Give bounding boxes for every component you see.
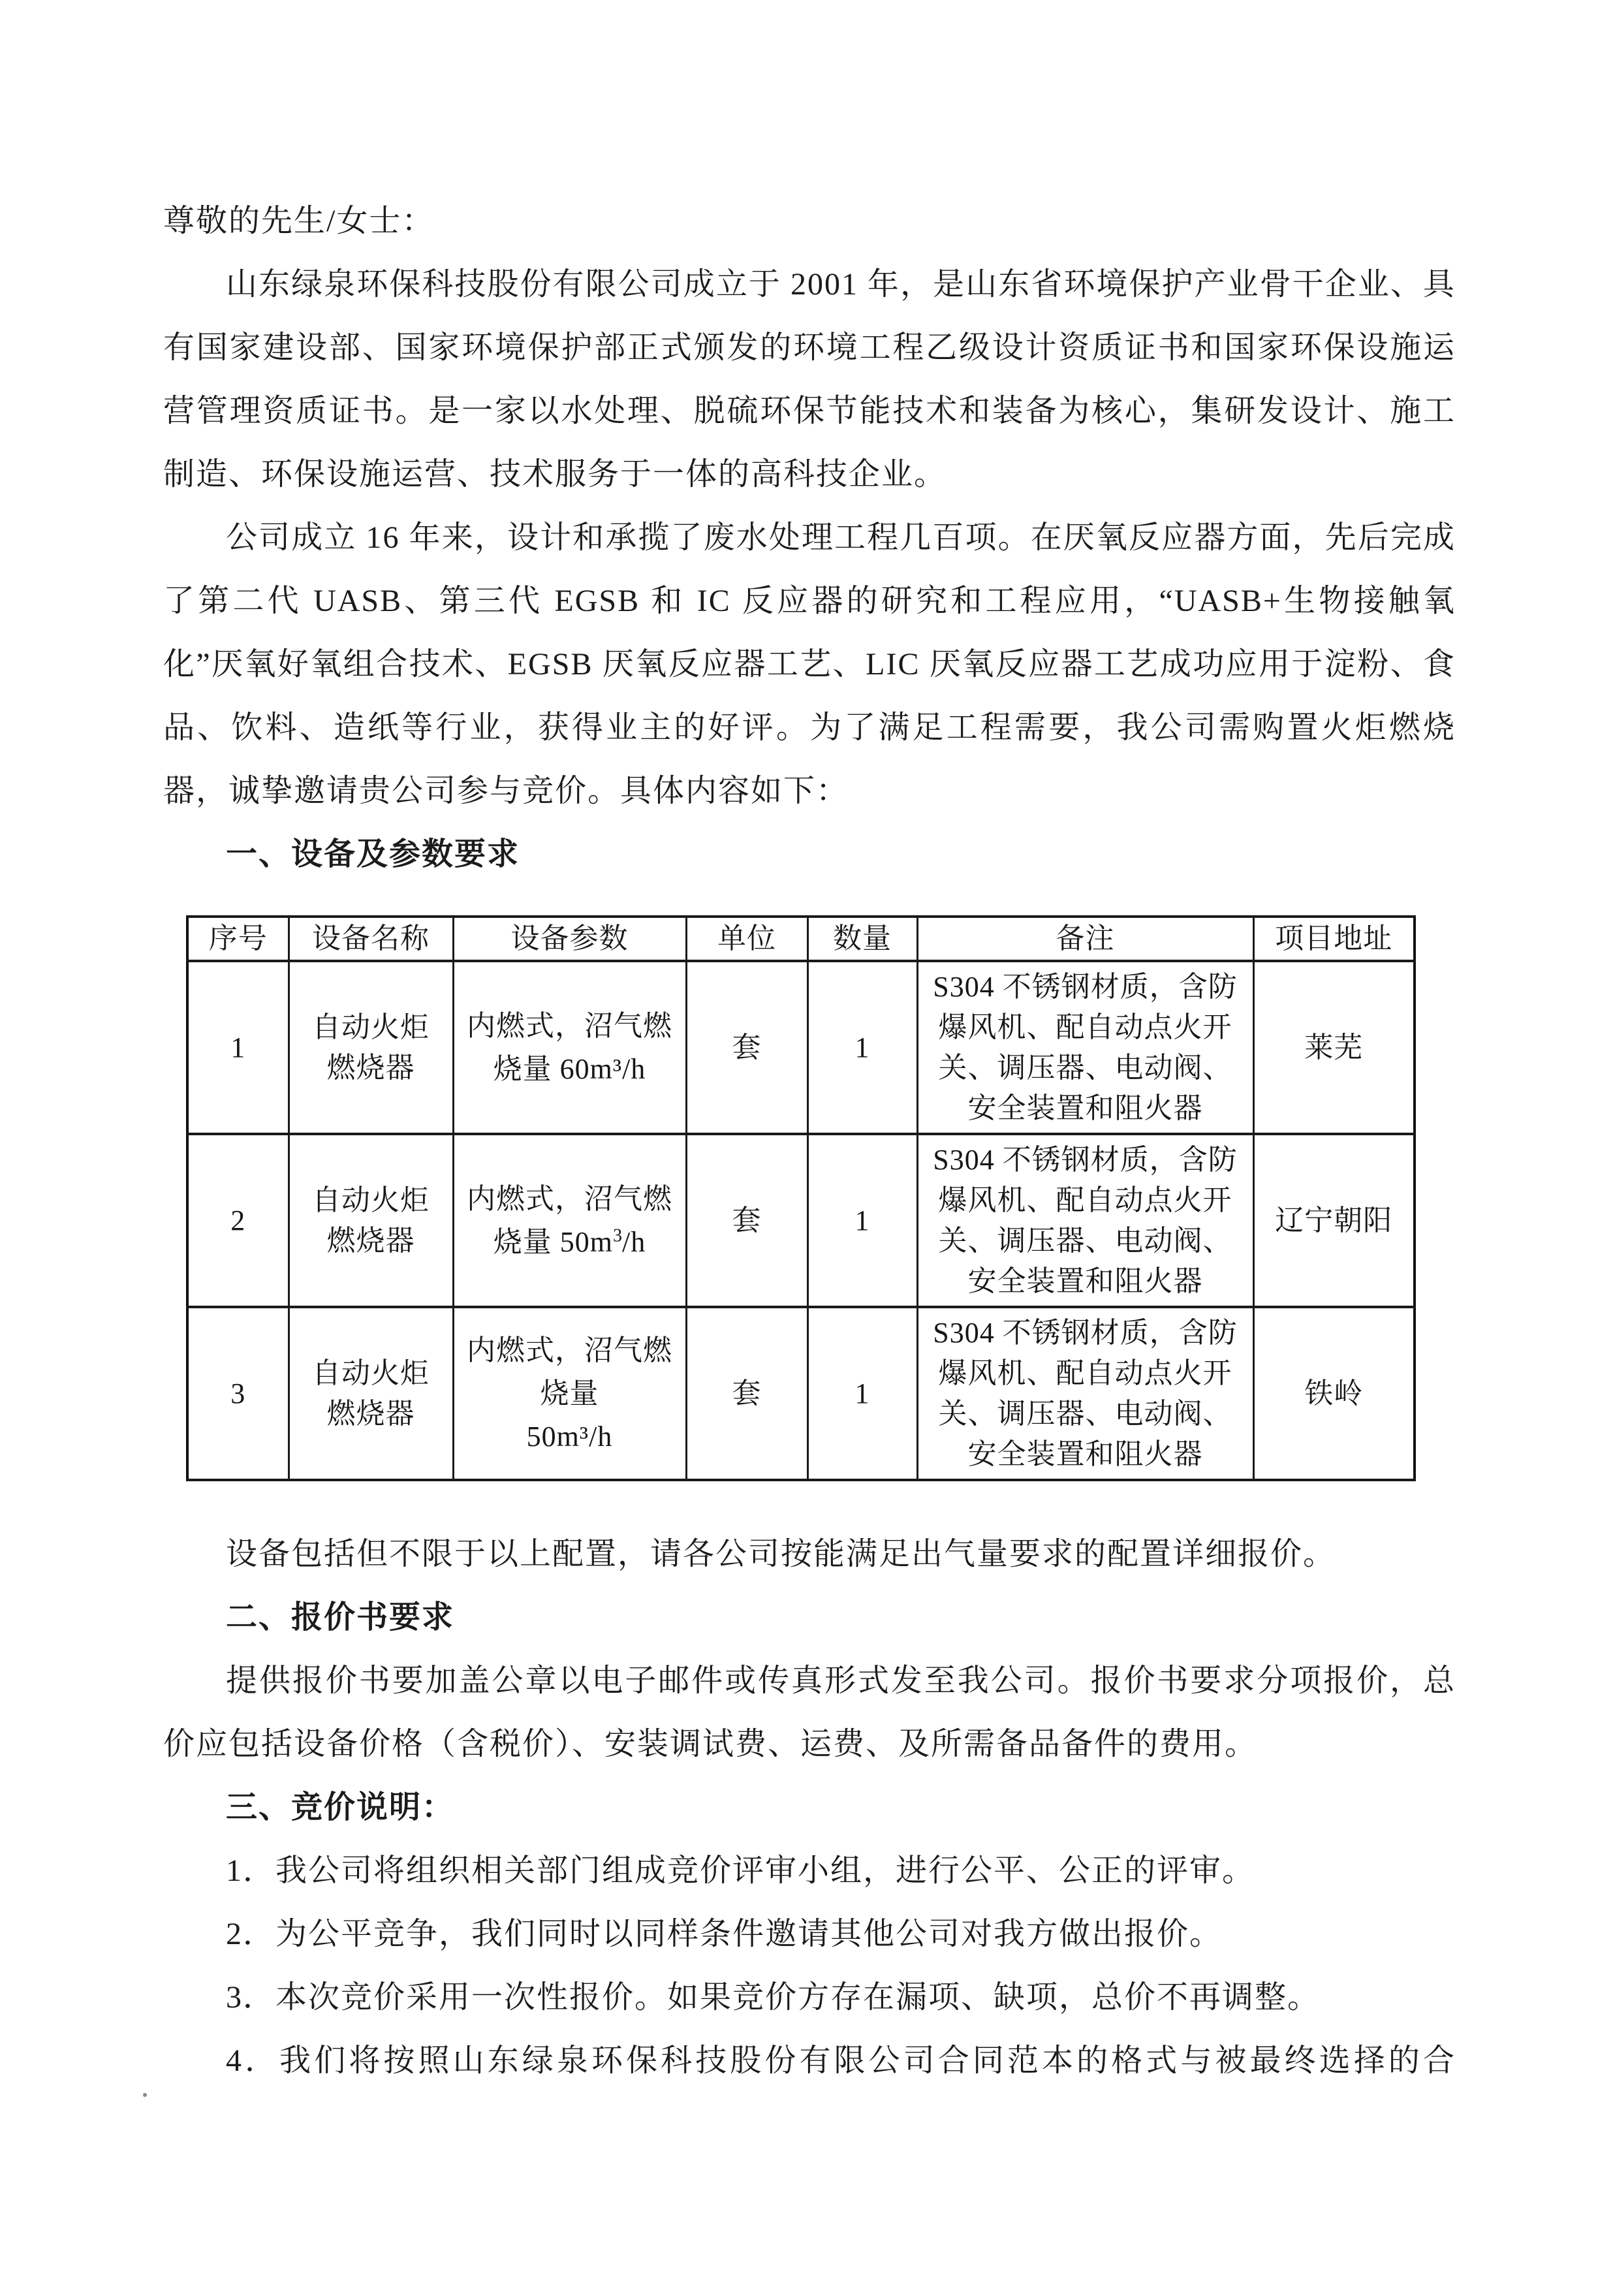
table-row: 1 自动火炬 燃烧器 内燃式，沼气燃 烧量 60m³/h 套 1 S304 不锈…: [187, 961, 1415, 1134]
device-name-line: 自动火炬: [295, 1180, 447, 1221]
table-row: 2 自动火炬 燃烧器 内燃式，沼气燃 烧量 50m3/h 套 1 S304 不锈…: [187, 1134, 1415, 1307]
device-name-line: 燃烧器: [295, 1394, 447, 1434]
equipment-table: 序号 设备名称 设备参数 单位 数量 备注 项目地址 1 自动火炬 燃烧器 内燃…: [186, 915, 1416, 1481]
project-location-cell: 铁岭: [1253, 1307, 1415, 1480]
remarks-line: 关、调压器、电动阀、: [924, 1048, 1247, 1088]
remarks-line: 安全装置和阻火器: [924, 1434, 1247, 1475]
col-header-device-name: 设备名称: [289, 917, 453, 961]
device-param-line: 50m³/h: [460, 1415, 680, 1458]
bid-note-item: 3．本次竞价采用一次性报价。如果竞价方存在漏项、缺项，总价不再调整。: [163, 1966, 1456, 2029]
device-param-line: 内燃式，沼气燃: [460, 1005, 680, 1048]
section-3-title: 三、竞价说明：: [163, 1776, 1456, 1839]
remarks-line: 爆风机、配自动点火开: [924, 1007, 1247, 1048]
device-name-line: 自动火炬: [295, 1007, 447, 1048]
bid-note-item: 1．我公司将组织相关部门组成竞价评审小组，进行公平、公正的评审。: [163, 1839, 1456, 1902]
device-param-cell: 内燃式，沼气燃 烧量 50m³/h: [453, 1307, 686, 1480]
remarks-line: 关、调压器、电动阀、: [924, 1394, 1247, 1434]
bid-note-item: 2．为公平竞争，我们同时以同样条件邀请其他公司对我方做出报价。: [163, 1902, 1456, 1966]
remarks-line: 爆风机、配自动点火开: [924, 1353, 1247, 1394]
param-text: 烧量 50m: [493, 1226, 613, 1258]
device-param-line: 烧量: [460, 1372, 680, 1415]
unit-cell: 套: [686, 1134, 807, 1307]
section-2-title: 二、报价书要求: [163, 1586, 1456, 1649]
quantity-cell: 1: [807, 961, 917, 1134]
seq-cell: 3: [187, 1307, 289, 1480]
unit-cell: 套: [686, 961, 807, 1134]
device-param-line: 烧量 60m³/h: [460, 1048, 680, 1091]
seq-cell: 1: [187, 961, 289, 1134]
invitation-paragraph: 公司成立 16 年来，设计和承揽了废水处理工程几百项。在厌氧反应器方面，先后完成…: [163, 506, 1456, 823]
remarks-cell: S304 不锈钢材质，含防 爆风机、配自动点火开 关、调压器、电动阀、 安全装置…: [917, 1307, 1253, 1480]
remarks-cell: S304 不锈钢材质，含防 爆风机、配自动点火开 关、调压器、电动阀、 安全装置…: [917, 961, 1253, 1134]
remarks-line: 安全装置和阻火器: [924, 1261, 1247, 1302]
param-text: /h: [622, 1226, 646, 1258]
seq-cell: 2: [187, 1134, 289, 1307]
device-param-line: 内燃式，沼气燃: [460, 1329, 680, 1372]
device-param-line: 烧量 50m3/h: [460, 1221, 680, 1264]
document-page: 尊敬的先生/女士： 山东绿泉环保科技股份有限公司成立于 2001 年，是山东省环…: [0, 0, 1613, 2296]
device-param-line: 内燃式，沼气燃: [460, 1178, 680, 1221]
col-header-device-param: 设备参数: [453, 917, 686, 961]
scan-artifact-dot: [143, 2093, 147, 2097]
col-header-remarks: 备注: [917, 917, 1253, 961]
table-header-row: 序号 设备名称 设备参数 单位 数量 备注 项目地址: [187, 917, 1415, 961]
device-name-cell: 自动火炬 燃烧器: [289, 961, 453, 1134]
col-header-quantity: 数量: [807, 917, 917, 961]
remarks-line: S304 不锈钢材质，含防: [924, 1140, 1247, 1180]
device-param-cell: 内燃式，沼气燃 烧量 60m³/h: [453, 961, 686, 1134]
device-name-cell: 自动火炬 燃烧器: [289, 1134, 453, 1307]
remarks-line: S304 不锈钢材质，含防: [924, 1313, 1247, 1353]
device-name-line: 燃烧器: [295, 1048, 447, 1088]
post-table-note: 设备包括但不限于以上配置，请各公司按能满足出气量要求的配置详细报价。: [163, 1522, 1456, 1586]
col-header-project-location: 项目地址: [1253, 917, 1415, 961]
remarks-line: 安全装置和阻火器: [924, 1088, 1247, 1129]
bid-note-item: 4．我们将按照山东绿泉环保科技股份有限公司合同范本的格式与被最终选择的合: [163, 2029, 1456, 2092]
quantity-cell: 1: [807, 1134, 917, 1307]
remarks-line: 关、调压器、电动阀、: [924, 1221, 1247, 1261]
quantity-cell: 1: [807, 1307, 917, 1480]
remarks-cell: S304 不锈钢材质，含防 爆风机、配自动点火开 关、调压器、电动阀、 安全装置…: [917, 1134, 1253, 1307]
company-intro-paragraph: 山东绿泉环保科技股份有限公司成立于 2001 年，是山东省环境保护产业骨干企业、…: [163, 253, 1456, 506]
col-header-unit: 单位: [686, 917, 807, 961]
col-header-seq: 序号: [187, 917, 289, 961]
greeting-line: 尊敬的先生/女士：: [163, 189, 1456, 253]
remarks-line: 爆风机、配自动点火开: [924, 1180, 1247, 1221]
device-name-line: 自动火炬: [295, 1353, 447, 1394]
project-location-cell: 辽宁朝阳: [1253, 1134, 1415, 1307]
project-location-cell: 莱芜: [1253, 961, 1415, 1134]
device-name-cell: 自动火炬 燃烧器: [289, 1307, 453, 1480]
device-name-line: 燃烧器: [295, 1221, 447, 1261]
remarks-line: S304 不锈钢材质，含防: [924, 967, 1247, 1007]
section-2-body: 提供报价书要加盖公章以电子邮件或传真形式发至我公司。报价书要求分项报价，总价应包…: [163, 1649, 1456, 1776]
unit-cell: 套: [686, 1307, 807, 1480]
device-param-cell: 内燃式，沼气燃 烧量 50m3/h: [453, 1134, 686, 1307]
section-1-title: 一、设备及参数要求: [163, 823, 1456, 886]
table-row: 3 自动火炬 燃烧器 内燃式，沼气燃 烧量 50m³/h 套 1 S304 不锈…: [187, 1307, 1415, 1480]
superscript-3: 3: [613, 1225, 622, 1246]
